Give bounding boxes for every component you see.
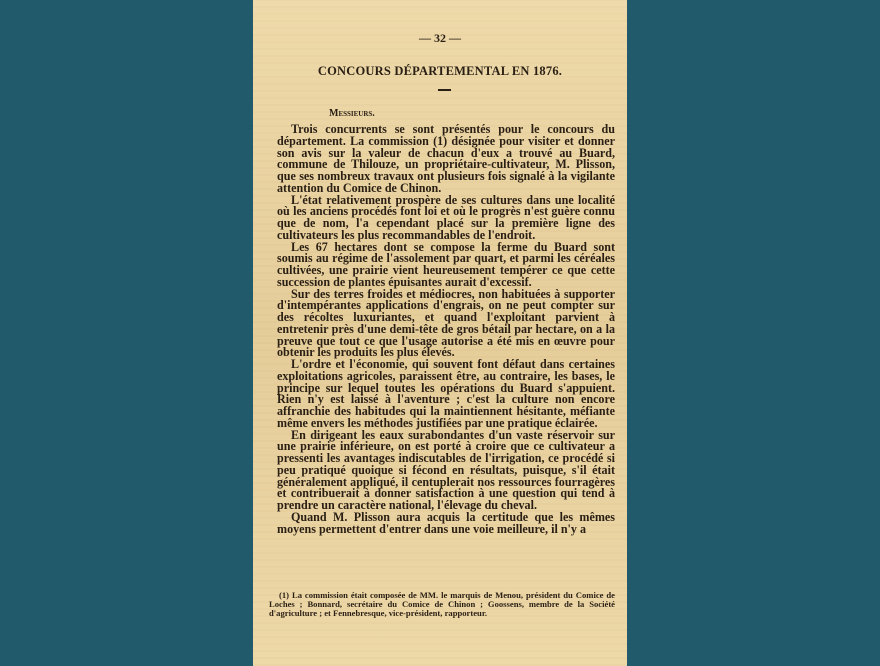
title-divider (438, 89, 451, 91)
paragraph: L'état relativement prospère de ses cult… (277, 195, 615, 242)
paragraph: En dirigeant les eaux surabondantes d'un… (277, 430, 615, 512)
document-page: — 32 — CONCOURS DÉPARTEMENTAL EN 1876. M… (253, 0, 627, 666)
paragraph: Les 67 hectares dont se compose la ferme… (277, 242, 615, 289)
body-text: Trois concurrents se sont présentés pour… (277, 124, 615, 535)
paragraph: L'ordre et l'économie, qui souvent font … (277, 359, 615, 430)
paragraph: Quand M. Plisson aura acquis la certitud… (277, 512, 615, 536)
salutation: Messieurs. (329, 108, 375, 119)
page-title: CONCOURS DÉPARTEMENTAL EN 1876. (253, 64, 627, 79)
paragraph: Trois concurrents se sont présentés pour… (277, 124, 615, 195)
page-number: — 32 — (253, 31, 627, 46)
footnote-text: (1) La commission était composée de MM. … (269, 591, 615, 618)
footnote: (1) La commission était composée de MM. … (269, 591, 615, 618)
paragraph: Sur des terres froides et médiocres, non… (277, 289, 615, 360)
